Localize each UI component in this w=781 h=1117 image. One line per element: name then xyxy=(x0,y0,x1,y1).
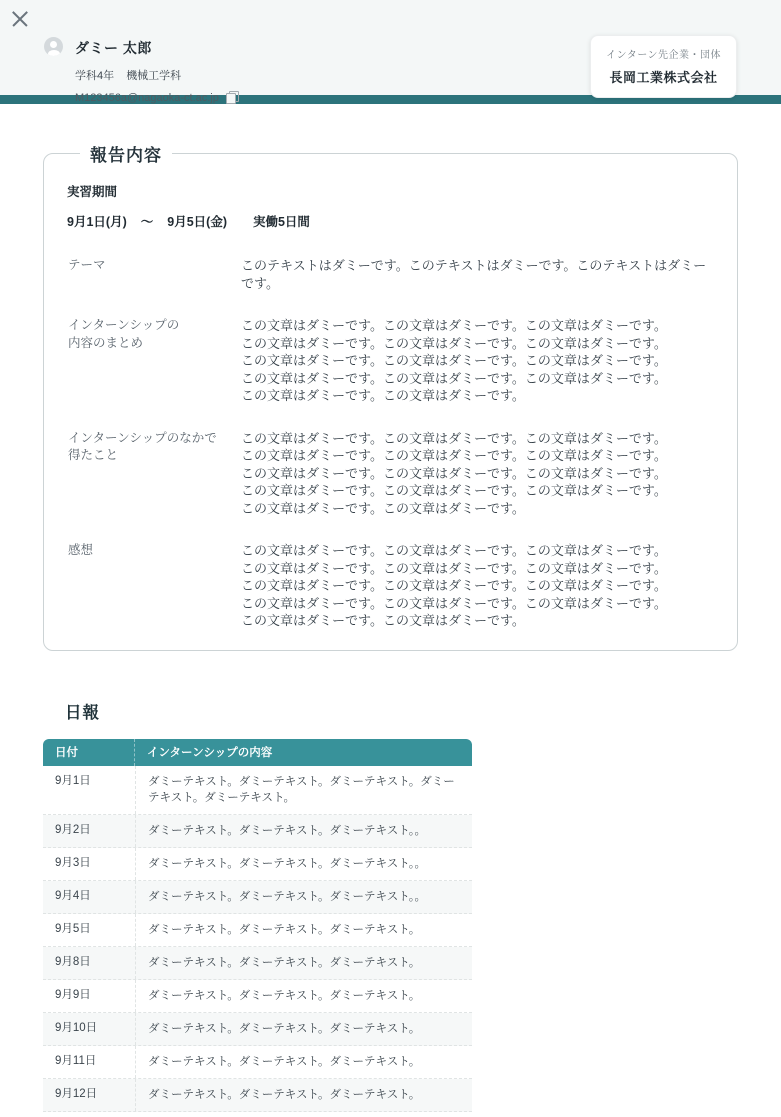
column-header-content: インターンシップの内容 xyxy=(135,744,272,760)
report-row-value: この文章はダミーです。この文章はダミーです。この文章はダミーです。この文章はダミ… xyxy=(241,430,671,518)
table-row: 9月8日 ダミーテキスト。ダミーテキスト。ダミーテキスト。 xyxy=(43,947,472,980)
cell-content: ダミーテキスト。ダミーテキスト。ダミーテキスト。 xyxy=(135,1079,472,1111)
company-card-label: インターン先企業・団体 xyxy=(606,46,721,61)
cell-content: ダミーテキスト。ダミーテキスト。ダミーテキスト。ダミーテキスト。ダミーテキスト。 xyxy=(135,766,472,814)
report-row-value: このテキストはダミーです。このテキストはダミーです。このテキストはダミーです。 xyxy=(241,257,719,292)
period-start: 9月1日(月) xyxy=(67,215,127,229)
student-grade: 学科4年 xyxy=(75,70,114,82)
table-row: 9月9日 ダミーテキスト。ダミーテキスト。ダミーテキスト。 xyxy=(43,980,472,1013)
report-row-summary: インターンシップの 内容のまとめ この文章はダミーです。この文章はダミーです。こ… xyxy=(67,317,719,405)
student-name: ダミー 太郎 xyxy=(75,38,239,58)
period-tilde: 〜 xyxy=(141,215,154,229)
student-email-row: M123456a@nagaoka-ct.ac.jp xyxy=(75,91,239,104)
table-row: 9月2日 ダミーテキスト。ダミーテキスト。ダミーテキスト。。 xyxy=(43,815,472,848)
table-row: 9月12日 ダミーテキスト。ダミーテキスト。ダミーテキスト。 xyxy=(43,1079,472,1112)
company-name: 長岡工業株式会社 xyxy=(606,67,721,86)
cell-content: ダミーテキスト。ダミーテキスト。ダミーテキスト。 xyxy=(135,914,472,946)
student-meta: 学科4年 機械工学科 xyxy=(75,67,239,83)
close-x-glyph xyxy=(11,10,29,28)
report-row-value: この文章はダミーです。この文章はダミーです。この文章はダミーです。この文章はダミ… xyxy=(241,542,671,630)
report-row-label: インターンシップの 内容のまとめ xyxy=(67,317,241,405)
cell-date: 9月10日 xyxy=(43,1013,135,1045)
report-section: 報告内容 実習期間 9月1日(月)〜9月5日(金)実働5日間 テーマ このテキス… xyxy=(43,141,738,651)
cell-content: ダミーテキスト。ダミーテキスト。ダミーテキスト。 xyxy=(135,1046,472,1078)
cell-content: ダミーテキスト。ダミーテキスト。ダミーテキスト。 xyxy=(135,980,472,1012)
table-row: 9月3日 ダミーテキスト。ダミーテキスト。ダミーテキスト。。 xyxy=(43,848,472,881)
close-icon[interactable] xyxy=(11,10,29,28)
report-section-title: 報告内容 xyxy=(80,141,172,166)
cell-date: 9月1日 xyxy=(43,766,135,814)
table-row: 9月11日 ダミーテキスト。ダミーテキスト。ダミーテキスト。 xyxy=(43,1046,472,1079)
report-row-label: インターンシップのなかで 得たこと xyxy=(67,430,241,518)
period-end: 9月5日(金) xyxy=(167,215,227,229)
cell-date: 9月8日 xyxy=(43,947,135,979)
company-card: インターン先企業・団体 長岡工業株式会社 xyxy=(590,35,737,98)
daily-report-title: 日報 xyxy=(65,699,738,723)
period-label: 実習期間 xyxy=(67,182,719,200)
avatar xyxy=(44,37,63,56)
cell-date: 9月12日 xyxy=(43,1079,135,1111)
report-row-gains: インターンシップのなかで 得たこと この文章はダミーです。この文章はダミーです。… xyxy=(67,430,719,518)
daily-report-table: 日付 インターンシップの内容 9月1日 ダミーテキスト。ダミーテキスト。ダミーテ… xyxy=(43,739,472,1112)
copy-icon[interactable] xyxy=(226,91,239,104)
period-value: 9月1日(月)〜9月5日(金)実働5日間 xyxy=(67,212,719,230)
table-row: 9月5日 ダミーテキスト。ダミーテキスト。ダミーテキスト。 xyxy=(43,914,472,947)
profile-header: ダミー 太郎 学科4年 機械工学科 M123456a@nagaoka-ct.ac… xyxy=(0,0,781,95)
cell-date: 9月4日 xyxy=(43,881,135,913)
student-info: ダミー 太郎 学科4年 機械工学科 M123456a@nagaoka-ct.ac… xyxy=(75,38,239,104)
cell-content: ダミーテキスト。ダミーテキスト。ダミーテキスト。 xyxy=(135,1013,472,1045)
report-page: 報告内容 実習期間 9月1日(月)〜9月5日(金)実働5日間 テーマ このテキス… xyxy=(0,141,781,1112)
cell-date: 9月3日 xyxy=(43,848,135,880)
report-row-label: 感想 xyxy=(67,542,241,630)
table-header-row: 日付 インターンシップの内容 xyxy=(43,739,472,766)
report-row-value: この文章はダミーです。この文章はダミーです。この文章はダミーです。この文章はダミ… xyxy=(241,317,671,405)
cell-date: 9月9日 xyxy=(43,980,135,1012)
cell-content: ダミーテキスト。ダミーテキスト。ダミーテキスト。。 xyxy=(135,848,472,880)
cell-content: ダミーテキスト。ダミーテキスト。ダミーテキスト。。 xyxy=(135,815,472,847)
period-working-days: 実働5日間 xyxy=(253,215,310,229)
table-row: 9月4日 ダミーテキスト。ダミーテキスト。ダミーテキスト。。 xyxy=(43,881,472,914)
report-rows: テーマ このテキストはダミーです。このテキストはダミーです。このテキストはダミー… xyxy=(67,257,719,630)
cell-date: 9月2日 xyxy=(43,815,135,847)
table-row: 9月1日 ダミーテキスト。ダミーテキスト。ダミーテキスト。ダミーテキスト。ダミー… xyxy=(43,766,472,815)
report-row-label: テーマ xyxy=(67,257,241,292)
cell-date: 9月11日 xyxy=(43,1046,135,1078)
table-row: 9月10日 ダミーテキスト。ダミーテキスト。ダミーテキスト。 xyxy=(43,1013,472,1046)
report-row-impressions: 感想 この文章はダミーです。この文章はダミーです。この文章はダミーです。この文章… xyxy=(67,542,719,630)
student-department: 機械工学科 xyxy=(126,70,181,82)
student-email: M123456a@nagaoka-ct.ac.jp xyxy=(75,92,219,104)
cell-date: 9月5日 xyxy=(43,914,135,946)
cell-content: ダミーテキスト。ダミーテキスト。ダミーテキスト。。 xyxy=(135,881,472,913)
report-row-theme: テーマ このテキストはダミーです。このテキストはダミーです。このテキストはダミー… xyxy=(67,257,719,292)
cell-content: ダミーテキスト。ダミーテキスト。ダミーテキスト。 xyxy=(135,947,472,979)
column-header-date: 日付 xyxy=(43,739,135,766)
